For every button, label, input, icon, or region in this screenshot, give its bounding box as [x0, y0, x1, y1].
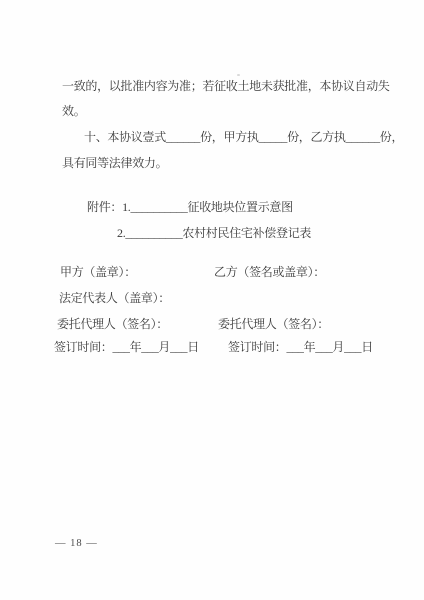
legal-representative-seal-label: 法定代表人（盖章）：	[59, 291, 170, 306]
entrusted-agent-b-signature-label: 委托代理人（签名）：	[218, 317, 329, 332]
signing-date-b-label: 签订时间：___年___月___日	[228, 340, 373, 355]
scanned-document-page: 一致的，以批准内容为准；若征收土地未获批准，本协议自动失 效。 十、本协议壹式_…	[0, 0, 424, 600]
paragraph-continuation-line-2: 效。	[62, 104, 85, 119]
clause-ten-copies-line: 十、本协议壹式______份，甲方执_____份，乙方执______份，	[84, 130, 403, 145]
clause-ten-legal-effect-line: 具有同等法律效力。	[62, 156, 167, 171]
party-b-signature-label: 乙方（签名或盖章）：	[214, 265, 325, 280]
entrusted-agent-a-signature-label: 委托代理人（签名）：	[57, 317, 168, 332]
page-number: — 18 —	[55, 536, 98, 551]
party-a-seal-label: 甲方（盖章）：	[60, 265, 136, 280]
signing-date-a-label: 签订时间：___年___月___日	[54, 340, 199, 355]
scan-artifact-dot	[237, 74, 240, 76]
attachment-item-2: 2.__________农村村民住宅补偿登记表	[117, 226, 311, 241]
paragraph-continuation-line-1: 一致的，以批准内容为准；若征收土地未获批准，本协议自动失	[62, 79, 390, 94]
attachment-item-1: 附件：1.__________征收地块位置示意图	[87, 200, 293, 215]
